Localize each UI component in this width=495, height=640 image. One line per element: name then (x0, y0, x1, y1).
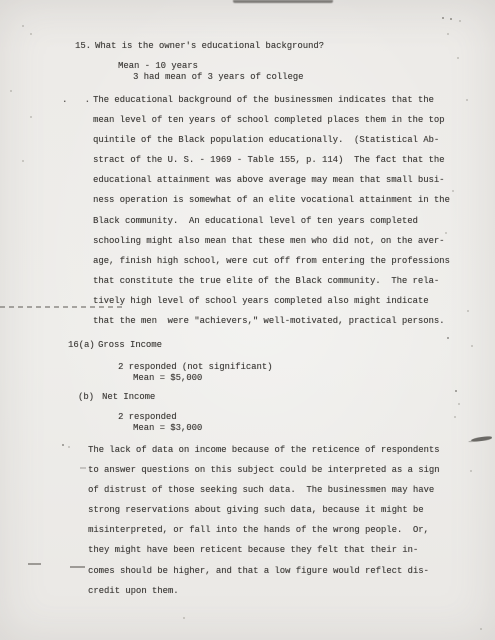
text-line: quintile of the Black population educati… (93, 130, 450, 150)
text-line: The educational background of the busine… (93, 90, 450, 110)
text-line: 2 responded (118, 412, 202, 423)
paragraph-bullet-marks: . . (62, 95, 96, 106)
scan-speck (442, 17, 444, 19)
text-line: that the men were "achievers," well-moti… (93, 311, 450, 331)
question-15-number: 15. (75, 41, 91, 52)
text-line: stract of the U. S. - 1969 - Table 155, … (93, 150, 450, 170)
scan-speck (471, 345, 473, 347)
question-16a-stats: 2 responded (not significant)Mean = $5,0… (118, 362, 272, 385)
question-16b-number: (b) (78, 392, 94, 403)
scan-speck (30, 33, 32, 35)
text-line: comes should be higher, and that a low f… (88, 561, 440, 581)
scan-artifact-dash (80, 467, 86, 469)
scan-speck (10, 90, 12, 92)
question-16b-label: Net Income (102, 392, 155, 403)
question-16a-number: 16(a) (68, 340, 95, 351)
text-line: 2 responded (not significant) (118, 362, 272, 373)
scan-speck (470, 470, 472, 472)
scan-speck (480, 628, 482, 630)
text-line: Mean = $3,000 (118, 423, 202, 434)
paragraph-education: The educational background of the busine… (93, 90, 450, 331)
text-line: 3 had mean of 3 years of college (118, 72, 303, 83)
question-16b-stats: 2 respondedMean = $3,000 (118, 412, 202, 435)
scan-artifact-top-strip (233, 0, 333, 3)
scan-speck (454, 416, 456, 418)
scan-speck (68, 446, 70, 448)
text-line: Mean = $5,000 (118, 373, 272, 384)
scan-speck (22, 25, 24, 27)
scan-speck (458, 403, 460, 405)
scan-speck (183, 617, 185, 619)
scan-speck (455, 390, 457, 392)
scanned-document-page: 15. What is the owner's educational back… (0, 0, 495, 640)
scan-artifact-dash (70, 566, 85, 568)
text-line: Black community. An educational level of… (93, 211, 450, 231)
scan-speck (452, 190, 454, 192)
text-line: misinterpreted, or fall into the hands o… (88, 520, 440, 540)
text-line: strong reservations about giving such da… (88, 500, 440, 520)
scan-speck (62, 444, 64, 446)
text-line: age, finish high school, were cut off fr… (93, 251, 450, 271)
scan-speck (459, 20, 461, 22)
scan-speck (22, 160, 24, 162)
text-line: credit upon them. (88, 581, 440, 601)
text-line: tively high level of school years comple… (93, 291, 450, 311)
text-line: educational attainment was above average… (93, 170, 450, 190)
scan-artifact-smudge (471, 436, 492, 443)
text-line: The lack of data on income because of th… (88, 440, 440, 460)
text-line: Mean - 10 years (118, 61, 303, 72)
question-15-text: What is the owner's educational backgrou… (95, 41, 324, 52)
question-16a-label: Gross Income (98, 340, 162, 351)
scan-speck (467, 310, 469, 312)
paragraph-income: The lack of data on income because of th… (88, 440, 440, 601)
question-15-stats: Mean - 10 years3 had mean of 3 years of … (118, 61, 303, 84)
scan-artifact-dash (28, 563, 41, 565)
text-line: mean level of ten years of school comple… (93, 110, 450, 130)
text-line: schooling might also mean that these men… (93, 231, 450, 251)
scan-speck (447, 337, 449, 339)
text-line: they might have been reticent because th… (88, 540, 440, 560)
text-line: that constitute the true elite of the Bl… (93, 271, 450, 291)
text-line: to answer questions on this subject coul… (88, 460, 440, 480)
scan-speck (30, 116, 32, 118)
text-line: of distrust of those seeking such data. … (88, 480, 440, 500)
text-line: ness operation is somewhat of an elite v… (93, 190, 450, 210)
scan-speck (450, 18, 452, 20)
scan-speck (447, 33, 449, 35)
scan-speck (457, 57, 459, 59)
scan-speck (466, 99, 468, 101)
